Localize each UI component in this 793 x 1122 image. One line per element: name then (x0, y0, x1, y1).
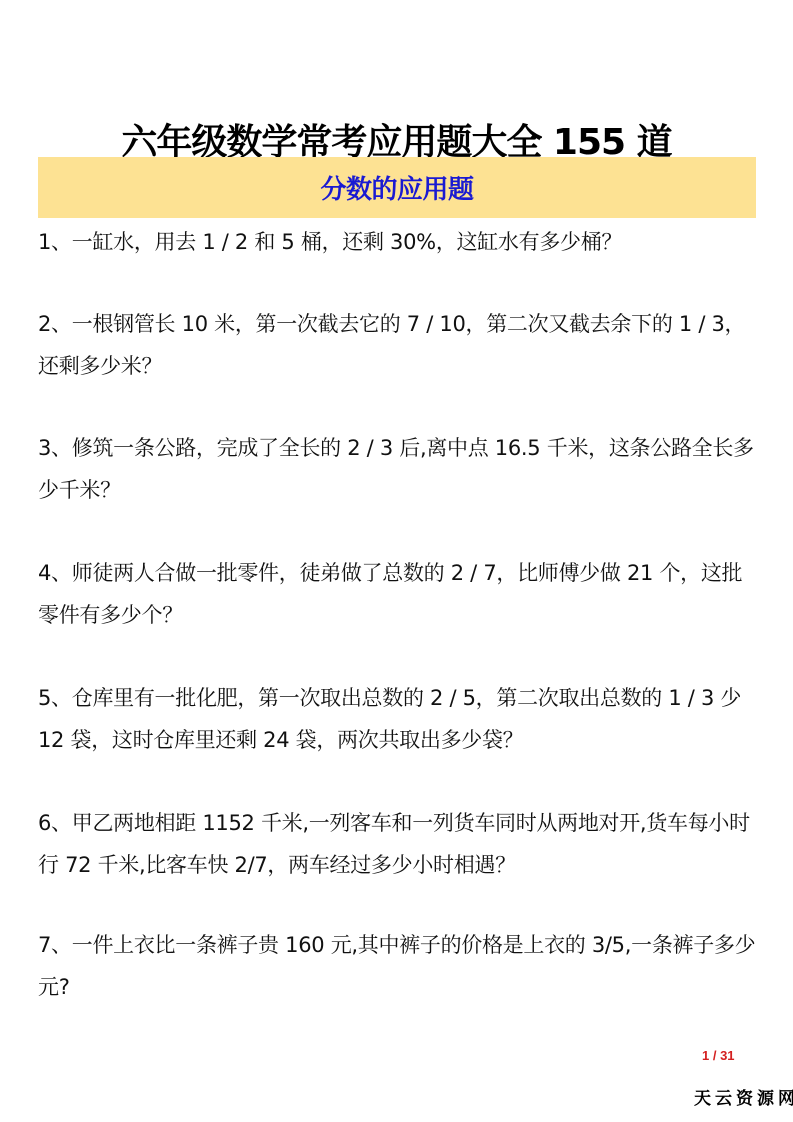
question-4: 4、师徒两人合做一批零件，徒弟做了总数的 2 / 7，比师傅少做 21 个，这批… (38, 552, 758, 636)
section-header-band: 分数的应用题 (38, 157, 756, 218)
section-title: 分数的应用题 (320, 169, 473, 206)
page-number: 1 / 31 (702, 1048, 735, 1063)
question-3: 3、修筑一条公路，完成了全长的 2 / 3 后,离中点 16.5 千米，这条公路… (38, 427, 758, 511)
question-1: 1、一缸水，用去 1 / 2 和 5 桶，还剩 30%，这缸水有多少桶？ (38, 221, 758, 263)
question-2: 2、一根钢管长 10 米，第一次截去它的 7 / 10，第二次又截去余下的 1 … (38, 303, 758, 387)
question-7: 7、一件上衣比一条裤子贵 160 元,其中裤子的价格是上衣的 3/5,一条裤子多… (38, 924, 758, 1008)
question-5: 5、仓库里有一批化肥，第一次取出总数的 2 / 5，第二次取出总数的 1 / 3… (38, 677, 758, 761)
question-6: 6、甲乙两地相距 1152 千米,一列客车和一列货车同时从两地对开,货车每小时行… (38, 802, 758, 886)
watermark-logo: 天云资源网 (694, 1084, 793, 1109)
